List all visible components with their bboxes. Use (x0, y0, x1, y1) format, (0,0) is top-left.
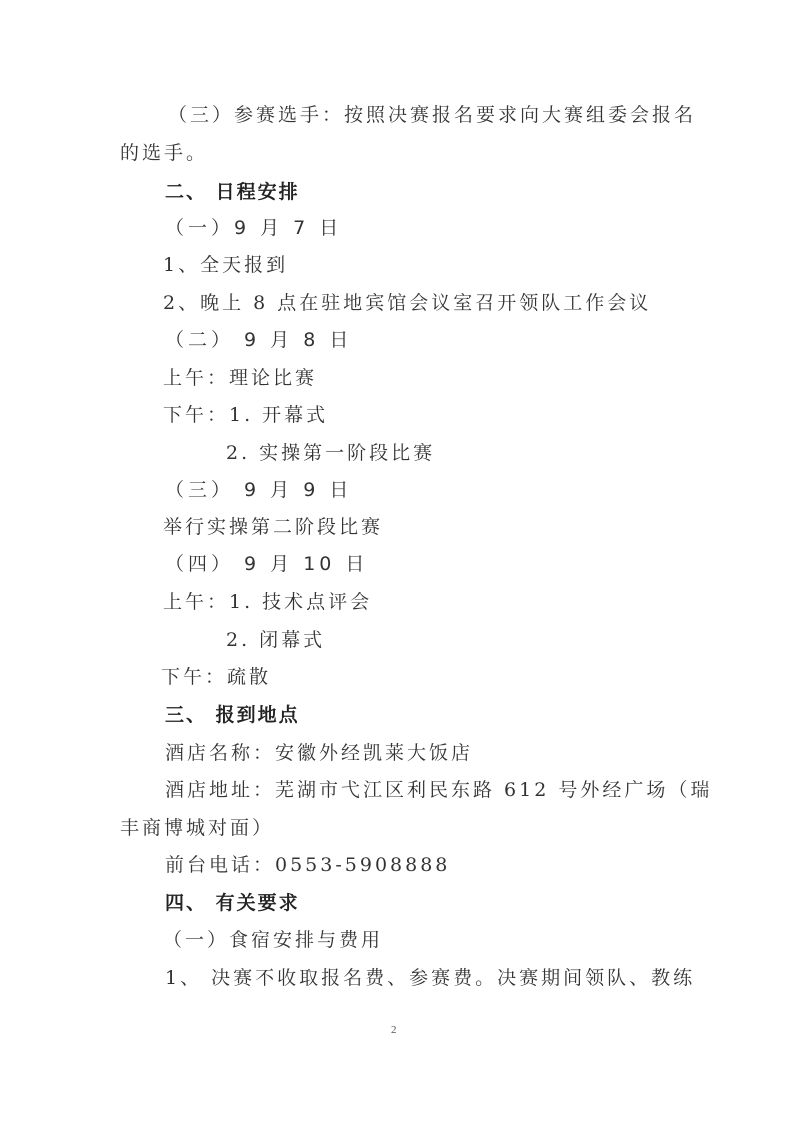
section-heading-schedule: 二、 日程安排 (165, 180, 300, 204)
page-number: 2 (391, 1024, 397, 1036)
schedule-item: 上午：1. 技术点评会 (163, 590, 372, 614)
hotel-name: 酒店名称：安徽外经凯莱大饭店 (165, 741, 473, 765)
day-heading-sept7: （一）9 月 7 日 (165, 216, 342, 240)
day-heading-sept10: （四） 9 月 10 日 (165, 552, 368, 576)
requirement-subheading: （一）食宿安排与费用 (163, 928, 383, 952)
schedule-item: 2、晚上 8 点在驻地宾馆会议室召开领队工作会议 (163, 291, 651, 315)
day-heading-sept8: （二） 9 月 8 日 (165, 328, 352, 352)
schedule-item: 1、全天报到 (163, 253, 288, 277)
hotel-address-line2: 丰商博城对面） (120, 816, 274, 840)
participants-paragraph-line2: 的选手。 (120, 141, 208, 165)
schedule-item: 2. 实操第一阶段比赛 (226, 441, 435, 465)
schedule-item: 2. 闭幕式 (226, 628, 325, 652)
schedule-item: 下午：疏散 (161, 665, 271, 689)
hotel-address-line1: 酒店地址：芜湖市弋江区利民东路 612 号外经广场（瑞 (165, 778, 712, 802)
section-heading-requirements: 四、 有关要求 (165, 891, 300, 915)
participants-paragraph-line1: （三）参赛选手：按照决赛报名要求向大赛组委会报名 (168, 103, 696, 127)
document-page: （三）参赛选手：按照决赛报名要求向大赛组委会报名 的选手。 二、 日程安排 （一… (0, 0, 793, 1125)
requirement-item: 1、 决赛不收取报名费、参赛费。决赛期间领队、教练 (165, 966, 695, 990)
hotel-phone: 前台电话：0553-5908888 (165, 853, 450, 877)
day-heading-sept9: （三） 9 月 9 日 (165, 478, 352, 502)
section-heading-checkin-location: 三、 报到地点 (165, 703, 300, 727)
schedule-item: 下午：1. 开幕式 (163, 403, 328, 427)
schedule-item: 上午：理论比赛 (163, 366, 317, 390)
schedule-item: 举行实操第二阶段比赛 (163, 515, 383, 539)
